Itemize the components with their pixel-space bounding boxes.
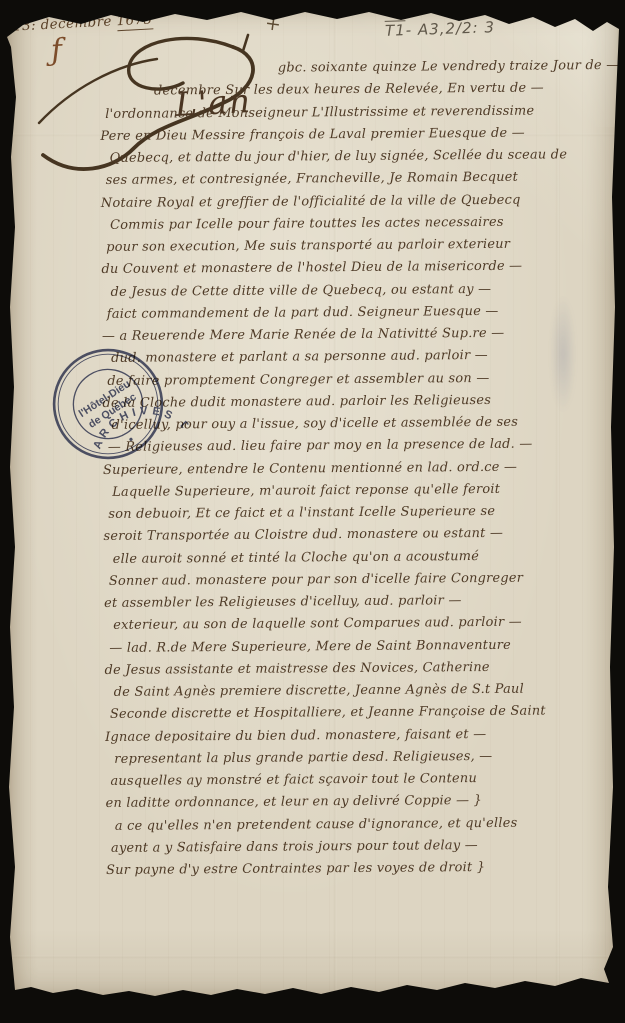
manuscript-line: Seconde discrette et Hospitalliere, et J… <box>105 700 607 726</box>
folio-mark: ƒ <box>50 33 64 69</box>
date-year: 1675 <box>116 11 153 31</box>
manuscript-line: Quebecq, et datte du jour d'hier, de luy… <box>100 144 602 170</box>
photo-background: { "window": { "background": "#0d0c09" },… <box>0 0 625 1023</box>
reference-rest: - A3,2/2: 3 <box>405 18 495 39</box>
manuscript-line: Sur payne d'y estre Contraintes par les … <box>106 856 608 882</box>
cross-mark: + <box>264 12 283 36</box>
manuscript-page: 13: decembre 1675 + T1- A3,2/2: 3 ƒ L'an… <box>7 7 619 999</box>
archival-date-note: 13: decembre 1675 <box>13 11 153 34</box>
manuscript-line: l'ordonnance de Monseigneur L'Illustriss… <box>100 100 602 126</box>
horizontal-crease <box>7 955 619 959</box>
photographed-manuscript: 13: decembre 1675 + T1- A3,2/2: 3 ƒ L'an… <box>0 0 625 1023</box>
ink-bleedthrough <box>550 295 576 413</box>
stamp-ornament-dot <box>129 437 134 442</box>
manuscript-line: decembre Sur les deux heures de Relevée,… <box>100 77 602 103</box>
date-label: 13: decembre <box>13 13 113 34</box>
reference-prefix: T1 <box>385 21 406 40</box>
manuscript-text: gbc. soixante quinze Le vendredy traize … <box>100 55 608 882</box>
reference-code: T1- A3,2/2: 3 <box>385 18 496 40</box>
manuscript-line: — Religieuses aud. lieu faire par moy en… <box>103 433 605 459</box>
